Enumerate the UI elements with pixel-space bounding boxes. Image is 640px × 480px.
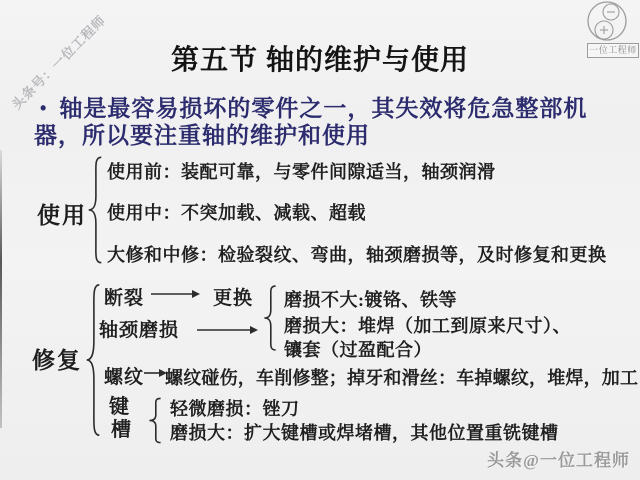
repair-cause-fracture: 断裂	[104, 283, 144, 310]
usage-label: 使用	[37, 197, 87, 230]
repair-cause-thread: 螺纹	[104, 362, 144, 389]
usage-item: 大修和中修：检验裂纹、弯曲，轴颈磨损等，及时修复和更换	[107, 241, 607, 267]
slide: 头条号：一位工程师 一位工程师 第五节 轴的维护与使用 •轴是最容易损坏的零件之…	[0, 0, 640, 480]
journal-wear-major-1: 磨损大：堆焊（加工到原来尺寸）、	[284, 312, 571, 338]
repair-label: 修复	[32, 342, 82, 375]
left-edge-artifact	[0, 150, 2, 428]
journal-wear-minor: 磨损不大:镀铬、铁等	[284, 286, 457, 312]
page-title: 第五节 轴的维护与使用	[0, 38, 640, 78]
repair-cause-journal-wear: 轴颈磨损	[99, 315, 179, 342]
keyway-minor: 轻微磨损：锉刀	[170, 395, 300, 421]
intro-line-2: 器，所以要注重轴的维护和使用	[34, 117, 370, 150]
usage-item: 使用中：不突加载、减载、超载	[107, 199, 366, 225]
watermark-bottom-right: 头条@一位工程师	[430, 446, 630, 471]
repair-brace	[84, 280, 102, 440]
arrow-icon	[151, 288, 201, 300]
journal-wear-major-2: 镶套（过盈配合）	[284, 336, 432, 362]
arrow-icon	[197, 324, 259, 336]
keyway-major: 磨损大：扩大键槽或焊堵槽，其他位置重铣键槽	[170, 419, 559, 445]
repair-remedy-fracture: 更换	[213, 283, 253, 310]
usage-brace	[86, 154, 104, 266]
usage-item: 使用前：装配可靠，与零件间隙适当，轴颈润滑	[107, 158, 496, 184]
keyway-brace	[147, 397, 163, 444]
repair-cause-keyway-char1: 键	[109, 396, 129, 419]
repair-remedy-thread: 螺纹碰伤，车削修整；掉牙和滑丝：车掉螺纹，堆焊，加工	[165, 364, 638, 390]
journal-wear-brace	[262, 284, 278, 352]
repair-cause-keyway-char2: 槽	[111, 419, 131, 442]
bullet-dot: •	[40, 98, 47, 118]
